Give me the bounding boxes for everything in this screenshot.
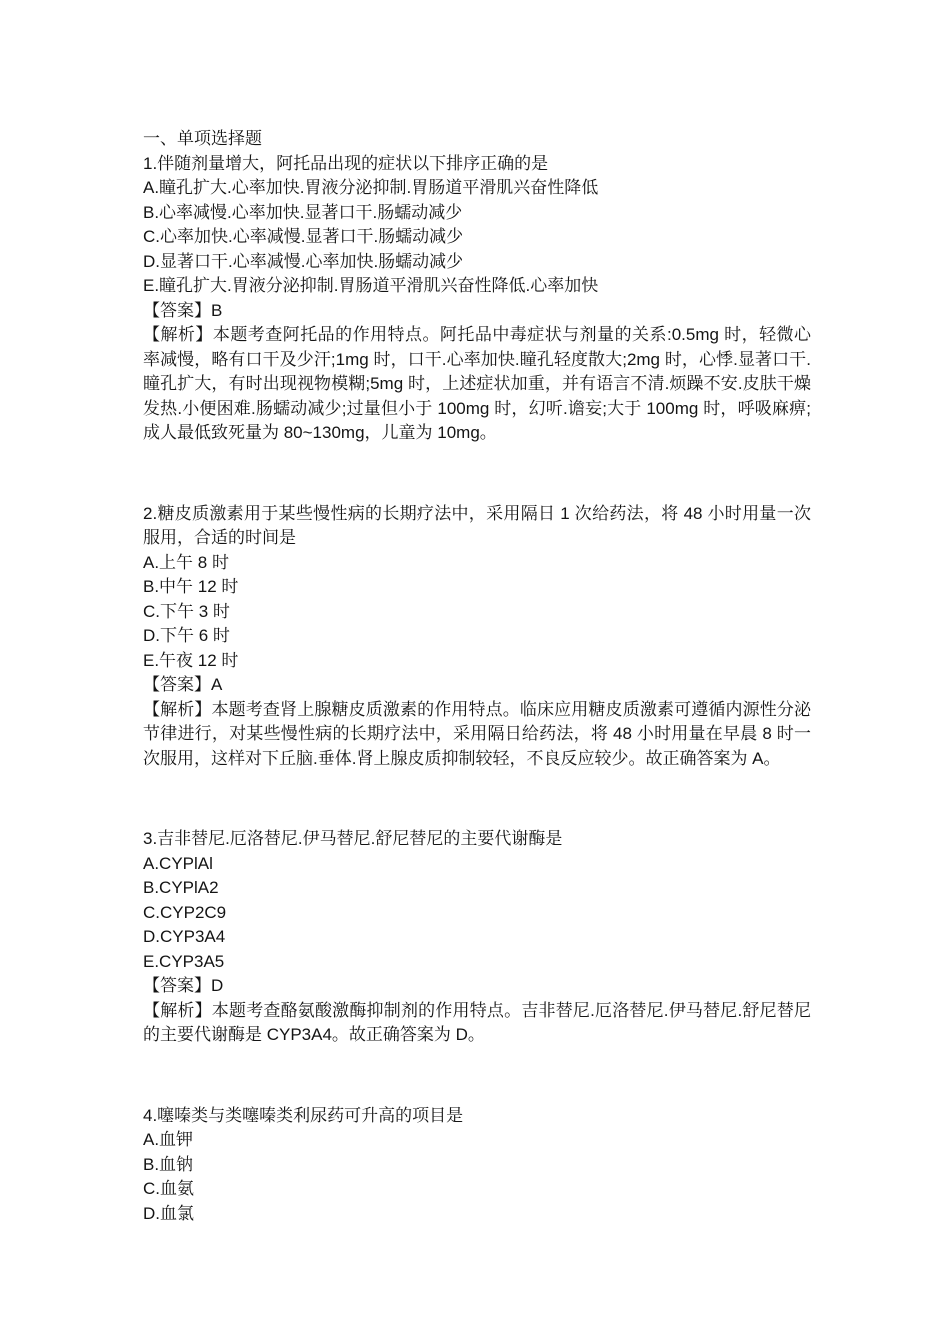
answer-label: 【答案】	[143, 301, 211, 320]
question-2-stem: 2.糖皮质激素用于某些慢性病的长期疗法中，采用隔日 1 次给药法，将 48 小时…	[143, 502, 811, 551]
analysis-label: 【解析】	[143, 700, 212, 719]
answer-value: D	[211, 976, 223, 995]
question-4: 4.噻嗪类与类噻嗪类利尿药可升高的项目是 A.血钾 B.血钠 C.血氨 D.血氯	[143, 1104, 811, 1227]
question-3-analysis: 【解析】本题考查酪氨酸激酶抑制剂的作用特点。吉非替尼.厄洛替尼.伊马替尼.舒尼替…	[143, 999, 811, 1048]
question-3-option-b: B.CYPlA2	[143, 876, 811, 901]
question-3-option-d: D.CYP3A4	[143, 925, 811, 950]
question-1-option-b: B.心率减慢.心率加快.显著口干.肠蠕动减少	[143, 201, 811, 226]
answer-label: 【答案】	[143, 675, 211, 694]
question-1: 1.伴随剂量增大，阿托品出现的症状以下排序正确的是 A.瞳孔扩大.心率加快.胃液…	[143, 152, 811, 446]
question-3-option-a: A.CYPlAl	[143, 852, 811, 877]
section-title: 一、单项选择题	[143, 127, 811, 152]
answer-value: B	[211, 301, 222, 320]
question-3: 3.吉非替尼.厄洛替尼.伊马替尼.舒尼替尼的主要代谢酶是 A.CYPlAl B.…	[143, 827, 811, 1048]
question-1-stem: 1.伴随剂量增大，阿托品出现的症状以下排序正确的是	[143, 152, 811, 177]
analysis-text: 本题考查肾上腺糖皮质激素的作用特点。临床应用糖皮质激素可遵循内源性分泌节律进行，…	[143, 700, 811, 768]
analysis-label: 【解析】	[143, 1001, 212, 1020]
question-4-option-c: C.血氨	[143, 1177, 811, 1202]
answer-value: A	[211, 675, 222, 694]
analysis-text: 本题考查阿托品的作用特点。阿托品中毒症状与剂量的关系:0.5mg 时，轻微心率减…	[143, 325, 811, 442]
question-2-option-a: A.上午 8 时	[143, 551, 811, 576]
question-4-option-b: B.血钠	[143, 1153, 811, 1178]
answer-label: 【答案】	[143, 976, 211, 995]
question-1-option-c: C.心率加快.心率减慢.显著口干.肠蠕动减少	[143, 225, 811, 250]
question-2-option-b: B.中午 12 时	[143, 575, 811, 600]
question-2: 2.糖皮质激素用于某些慢性病的长期疗法中，采用隔日 1 次给药法，将 48 小时…	[143, 502, 811, 772]
question-3-option-e: E.CYP3A5	[143, 950, 811, 975]
question-3-answer-line: 【答案】D	[143, 974, 811, 999]
question-1-option-e: E.瞳孔扩大.胃液分泌抑制.胃肠道平滑肌兴奋性降低.心率加快	[143, 274, 811, 299]
question-1-option-a: A.瞳孔扩大.心率加快.胃液分泌抑制.胃肠道平滑肌兴奋性降低	[143, 176, 811, 201]
question-3-option-c: C.CYP2C9	[143, 901, 811, 926]
question-2-option-e: E.午夜 12 时	[143, 649, 811, 674]
document-content: 一、单项选择题 1.伴随剂量增大，阿托品出现的症状以下排序正确的是 A.瞳孔扩大…	[143, 127, 811, 1226]
question-2-answer-line: 【答案】A	[143, 673, 811, 698]
question-2-option-d: D.下午 6 时	[143, 624, 811, 649]
analysis-text: 本题考查酪氨酸激酶抑制剂的作用特点。吉非替尼.厄洛替尼.伊马替尼.舒尼替尼的主要…	[143, 1001, 811, 1045]
question-1-option-d: D.显著口干.心率减慢.心率加快.肠蠕动减少	[143, 250, 811, 275]
question-2-analysis: 【解析】本题考查肾上腺糖皮质激素的作用特点。临床应用糖皮质激素可遵循内源性分泌节…	[143, 698, 811, 772]
question-1-answer-line: 【答案】B	[143, 299, 811, 324]
analysis-label: 【解析】	[143, 325, 213, 344]
question-4-option-a: A.血钾	[143, 1128, 811, 1153]
question-3-stem: 3.吉非替尼.厄洛替尼.伊马替尼.舒尼替尼的主要代谢酶是	[143, 827, 811, 852]
question-4-stem: 4.噻嗪类与类噻嗪类利尿药可升高的项目是	[143, 1104, 811, 1129]
question-2-option-c: C.下午 3 时	[143, 600, 811, 625]
question-1-analysis: 【解析】本题考查阿托品的作用特点。阿托品中毒症状与剂量的关系:0.5mg 时，轻…	[143, 323, 811, 446]
document-page: 一、单项选择题 1.伴随剂量增大，阿托品出现的症状以下排序正确的是 A.瞳孔扩大…	[0, 0, 950, 1344]
question-4-option-d: D.血氯	[143, 1202, 811, 1227]
